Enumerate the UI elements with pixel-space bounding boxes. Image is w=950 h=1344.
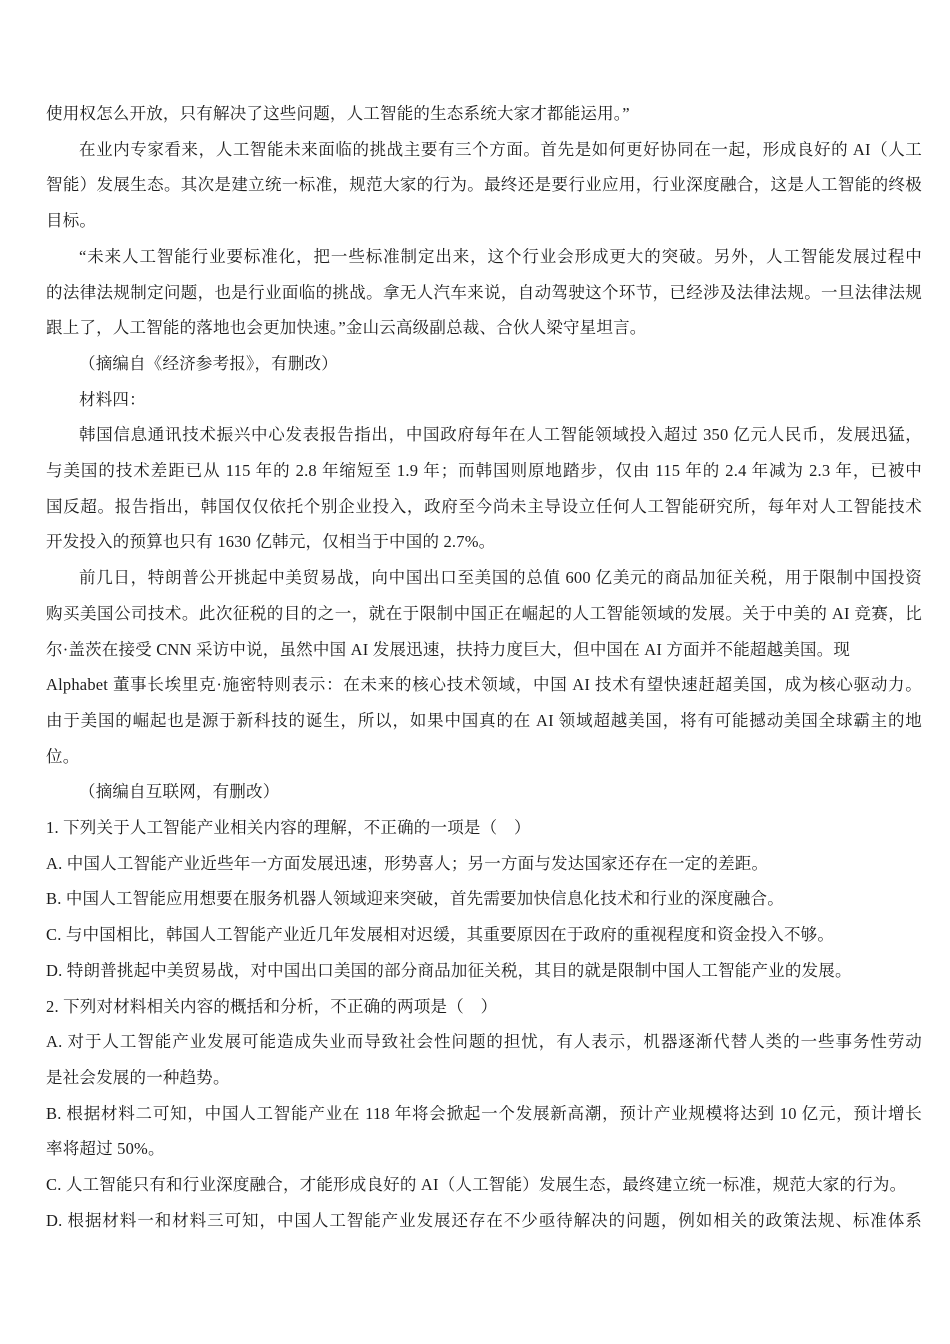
text-line: Alphabet 董事长埃里克·施密特则表示：在未来的核心技术领域，中国 AI …: [46, 667, 922, 703]
text-line: 率将超过 50%。: [46, 1131, 922, 1167]
text-line: 与美国的技术差距已从 115 年的 2.8 年缩短至 1.9 年；而韩国则原地踏…: [46, 453, 922, 489]
text-line: （摘编自《经济参考报》，有删改）: [46, 346, 922, 382]
text-line: 购买美国公司技术。此次征税的目的之一，就在于限制中国正在崛起的人工智能领域的发展…: [46, 596, 922, 632]
text-line: 智能）发展生态。其次是建立统一标准，规范大家的行为。最终还是要行业应用，行业深度…: [46, 167, 922, 203]
text-line: 的法律法规制定问题，也是行业面临的挑战。拿无人汽车来说，自动驾驶这个环节，已经涉…: [46, 275, 922, 311]
text-line: B. 根据材料二可知，中国人工智能产业在 118 年将会掀起一个发展新高潮，预计…: [46, 1096, 922, 1132]
text-line: D. 根据材料一和材料三可知，中国人工智能产业发展还存在不少亟待解决的问题，例如…: [46, 1203, 922, 1239]
text-line: 跟上了，人工智能的落地也会更加快速。”金山云高级副总裁、合伙人梁守星坦言。: [46, 310, 922, 346]
text-line: 尔·盖茨在接受 CNN 采访中说，虽然中国 AI 发展迅速，扶持力度巨大，但中国…: [46, 632, 922, 668]
text-line: 由于美国的崛起也是源于新科技的诞生，所以，如果中国真的在 AI 领域超越美国，将…: [46, 703, 922, 739]
text-line: B. 中国人工智能应用想要在服务机器人领域迎来突破，首先需要加快信息化技术和行业…: [46, 881, 922, 917]
text-line: （摘编自互联网，有删改）: [46, 774, 922, 810]
text-line: 材料四：: [46, 382, 922, 418]
text-line: 1. 下列关于人工智能产业相关内容的理解，不正确的一项是（ ）: [46, 810, 922, 846]
text-line: 韩国信息通讯技术振兴中心发表报告指出，中国政府每年在人工智能领域投入超过 350…: [46, 417, 922, 453]
text-line: 目标。: [46, 203, 922, 239]
text-line: 是社会发展的一种趋势。: [46, 1060, 922, 1096]
text-line: 国反超。报告指出，韩国仅仅依托个别企业投入，政府至今尚未主导设立任何人工智能研究…: [46, 489, 922, 525]
text-line: 位。: [46, 739, 922, 775]
text-line: 开发投入的预算也只有 1630 亿韩元，仅相当于中国的 2.7%。: [46, 524, 922, 560]
text-line: “未来人工智能行业要标准化，把一些标准制定出来，这个行业会形成更大的突破。另外，…: [46, 239, 922, 275]
text-line: D. 特朗普挑起中美贸易战，对中国出口美国的部分商品加征关税，其目的就是限制中国…: [46, 953, 922, 989]
text-line: 使用权怎么开放，只有解决了这些问题，人工智能的生态系统大家才都能运用。”: [46, 96, 922, 132]
text-line: C. 人工智能只有和行业深度融合，才能形成良好的 AI（人工智能）发展生态，最终…: [46, 1167, 922, 1203]
text-line: 在业内专家看来，人工智能未来面临的挑战主要有三个方面。首先是如何更好协同在一起，…: [46, 132, 922, 168]
text-line: C. 与中国相比，韩国人工智能产业近几年发展相对迟缓，其重要原因在于政府的重视程…: [46, 917, 922, 953]
document-body: 使用权怎么开放，只有解决了这些问题，人工智能的生态系统大家才都能运用。”在业内专…: [46, 96, 922, 1239]
text-line: A. 中国人工智能产业近些年一方面发展迅速，形势喜人；另一方面与发达国家还存在一…: [46, 846, 922, 882]
document-page: 使用权怎么开放，只有解决了这些问题，人工智能的生态系统大家才都能运用。”在业内专…: [0, 0, 950, 1344]
text-line: 2. 下列对材料相关内容的概括和分析，不正确的两项是（ ）: [46, 989, 922, 1025]
text-line: A. 对于人工智能产业发展可能造成失业而导致社会性问题的担忧，有人表示，机器逐渐…: [46, 1024, 922, 1060]
text-line: 前几日，特朗普公开挑起中美贸易战，向中国出口至美国的总值 600 亿美元的商品加…: [46, 560, 922, 596]
